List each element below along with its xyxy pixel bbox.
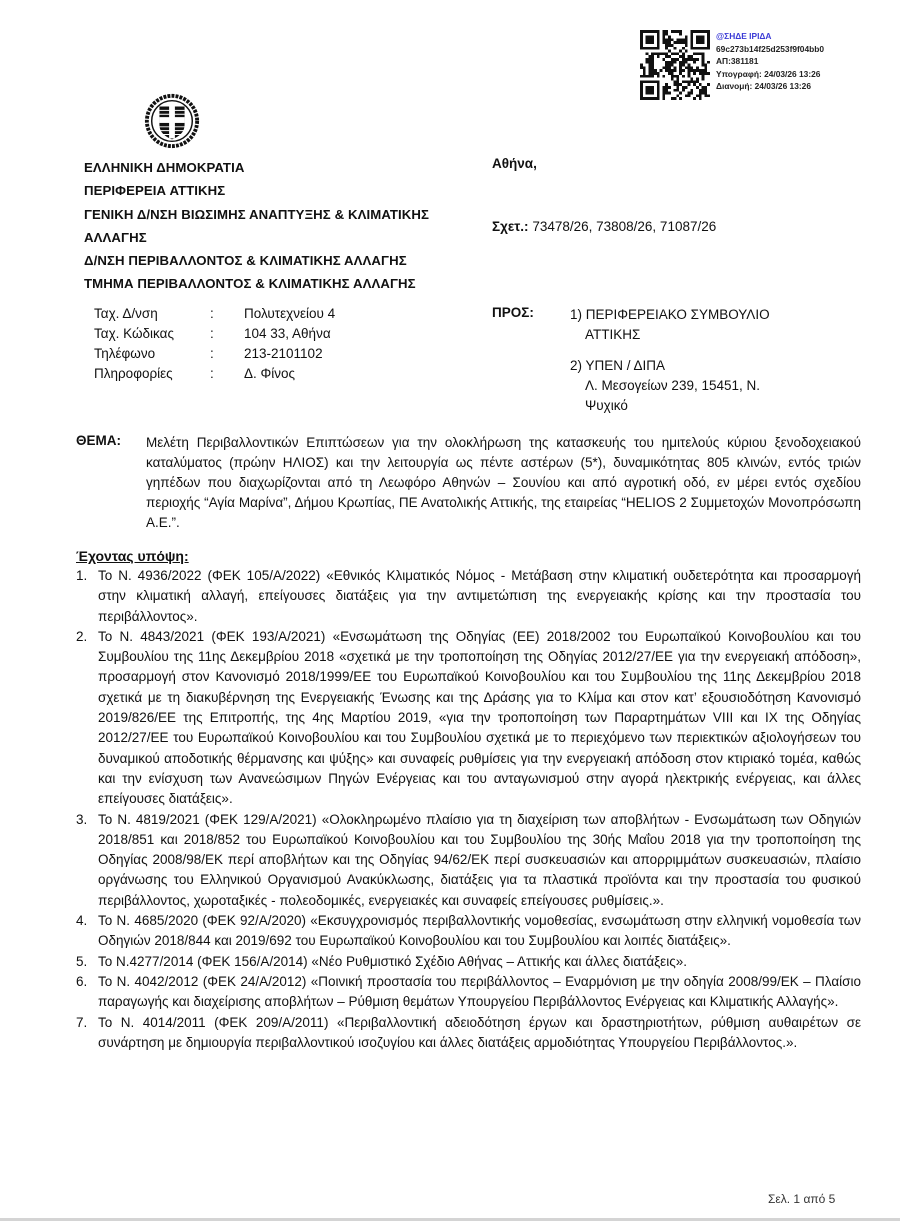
reference-numbers: Σχετ.: 73478/26, 73808/26, 71087/26 — [492, 219, 716, 234]
stamp-hash: 69c273b14f25d253f9f04bb0 — [716, 43, 824, 56]
authority-line: ΕΛΛΗΝΙΚΗ ΔΗΜΟΚΡΑΤΙΑ — [84, 156, 429, 179]
authority-line: ΓΕΝΙΚΗ Δ/ΝΣΗ ΒΙΩΣΙΜΗΣ ΑΝΑΠΤΥΞΗΣ & ΚΛΙΜΑΤ… — [84, 203, 429, 226]
greek-emblem-icon — [143, 92, 201, 150]
contact-value: Πολυτεχνείου 4 — [244, 304, 335, 324]
issuing-authority: ΕΛΛΗΝΙΚΗ ΔΗΜΟΚΡΑΤΙΑ ΠΕΡΙΦΕΡΕΙΑ ΑΤΤΙΚΗΣ Γ… — [84, 156, 429, 296]
contact-label: Τηλέφωνο — [94, 344, 210, 364]
contact-sep: : — [210, 324, 244, 344]
authority-line: ΤΜΗΜΑ ΠΕΡΙΒΑΛΛΟΝΤΟΣ & ΚΛΙΜΑΤΙΚΗΣ ΑΛΛΑΓΗΣ — [84, 272, 429, 295]
contact-row: Ταχ. Κώδικας : 104 33, Αθήνα — [94, 324, 335, 344]
contact-label: Ταχ. Δ/νση — [94, 304, 210, 324]
contact-value: 104 33, Αθήνα — [244, 324, 331, 344]
authority-line: Δ/ΝΣΗ ΠΕΡΙΒΑΛΛΟΝΤΟΣ & ΚΛΙΜΑΤΙΚΗΣ ΑΛΛΑΓΗΣ — [84, 249, 429, 272]
place-date: Αθήνα, — [492, 156, 537, 171]
page-number: Σελ. 1 από 5 — [768, 1192, 835, 1206]
contact-row: Ταχ. Δ/νση : Πολυτεχνείου 4 — [94, 304, 335, 324]
contact-row: Πληροφορίες : Δ. Φίνος — [94, 364, 335, 384]
legal-references-list: 1.Το Ν. 4936/2022 (ΦΕΚ 105/Α/2022) «Εθνι… — [76, 566, 861, 1053]
reference-label: Σχετ.: — [492, 219, 529, 234]
list-item: 6.Το Ν. 4042/2012 (ΦΕΚ 24/Α/2012) «Ποινι… — [76, 972, 861, 1013]
list-item: 1.Το Ν. 4936/2022 (ΦΕΚ 105/Α/2022) «Εθνι… — [76, 566, 861, 627]
list-item: 5.Το Ν.4277/2014 (ΦΕΚ 156/Α/2014) «Νέο Ρ… — [76, 952, 861, 972]
contact-row: Τηλέφωνο : 213-2101102 — [94, 344, 335, 364]
list-item: 4.Το Ν. 4685/2020 (ΦΕΚ 92/Α/2020) «Εκσυγ… — [76, 911, 861, 952]
contact-sep: : — [210, 364, 244, 384]
recipients-list: 1) ΠΕΡΙΦΕΡΕΙΑΚΟ ΣΥΜΒΟΥΛΙΟ ΑΤΤΙΚΗΣ 2) ΥΠΕ… — [570, 305, 770, 416]
authority-line: ΑΛΛΑΓΗΣ — [84, 226, 429, 249]
recipient-line: 2) ΥΠΕΝ / ΔΙΠΑ — [570, 356, 770, 376]
subject-label: ΘΕΜΑ: — [76, 433, 121, 448]
contact-value: Δ. Φίνος — [244, 364, 295, 384]
contact-value: 213-2101102 — [244, 344, 323, 364]
recipient-line: Ψυχικό — [570, 396, 770, 416]
list-item: 2.Το Ν. 4843/2021 (ΦΕΚ 193/Α/2021) «Ενσω… — [76, 627, 861, 810]
digital-signature-stamp: @ΣΗΔΕ ΙΡΙΔΑ 69c273b14f25d253f9f04bb0 ΑΠ:… — [716, 30, 824, 93]
list-item: 7.Το Ν. 4014/2011 (ΦΕΚ 209/Α/2011) «Περι… — [76, 1013, 861, 1054]
considering-heading: Έχοντας υπόψη: — [76, 548, 189, 564]
list-item: 3.Το Ν. 4819/2021 (ΦΕΚ 129/Α/2021) «Ολοκ… — [76, 810, 861, 911]
stamp-signed: Υπογραφή: 24/03/26 13:26 — [716, 68, 824, 81]
recipient-line: ΑΤΤΙΚΗΣ — [570, 325, 770, 345]
authority-line: ΠΕΡΙΦΕΡΕΙΑ ΑΤΤΙΚΗΣ — [84, 179, 429, 202]
contact-label: Ταχ. Κώδικας — [94, 324, 210, 344]
contact-sep: : — [210, 344, 244, 364]
qr-code-icon — [640, 30, 710, 100]
stamp-brand: @ΣΗΔΕ ΙΡΙΔΑ — [716, 30, 824, 43]
contact-sep: : — [210, 304, 244, 324]
stamp-distributed: Διανομή: 24/03/26 13:26 — [716, 80, 824, 93]
recipient-line: 1) ΠΕΡΙΦΕΡΕΙΑΚΟ ΣΥΜΒΟΥΛΙΟ — [570, 305, 770, 325]
reference-value: 73478/26, 73808/26, 71087/26 — [529, 219, 717, 234]
recipient-line: Λ. Μεσογείων 239, 15451, Ν. — [570, 376, 770, 396]
stamp-protocol: ΑΠ:381181 — [716, 55, 824, 68]
contact-label: Πληροφορίες — [94, 364, 210, 384]
contact-details: Ταχ. Δ/νση : Πολυτεχνείου 4 Ταχ. Κώδικας… — [94, 304, 335, 384]
page-divider — [0, 1218, 900, 1221]
subject-text: Μελέτη Περιβαλλοντικών Επιπτώσεων για τη… — [146, 433, 861, 533]
recipients-label: ΠΡΟΣ: — [492, 305, 534, 320]
